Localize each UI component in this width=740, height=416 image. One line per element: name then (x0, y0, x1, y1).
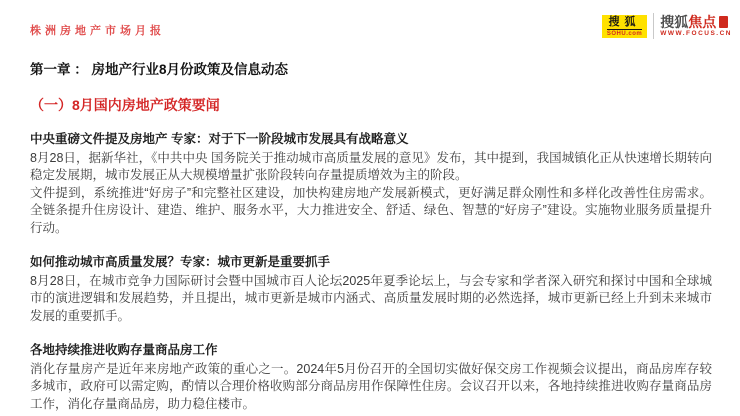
sohu-logo-url: SOHU.com (607, 31, 642, 37)
sohu-logo: 搜狐 SOHU.com (602, 15, 647, 38)
chapter-title: 第一章 ： 房地产行业8月份政策及信息动态 (30, 58, 712, 78)
article-heading: 中央重磅文件提及房地产 专家：对于下一阶段城市发展具有战略意义 (30, 131, 712, 149)
sohu-focus-logo-url: WWW.FOCUS.CN (660, 31, 732, 38)
report-page: 株洲房地产市场月报 搜狐 SOHU.com 搜狐焦点 WWW.FOCUS.CN … (0, 0, 740, 416)
article-paragraph: 文件提到，系统推进“好房子”和完整社区建设，加快构建房地产发展新模式，更好满足群… (30, 185, 712, 238)
article-urban-renewal: 如何推动城市高质量发展？专家：城市更新是重要抓手 8月28日，在城市竞争力国际研… (30, 254, 712, 325)
article-paragraph: 消化存量房产是近年来房地产政策的重心之一。2024年5月份召开的全国切实做好保交… (30, 361, 712, 414)
focus-seal-icon (719, 16, 728, 28)
report-body: 第一章 ： 房地产行业8月份政策及信息动态 （一）8月国内房地产政策要闻 中央重… (0, 58, 740, 413)
article-paragraph: 8月28日，据新华社，《中共中央 国务院关于推动城市高质量发展的意见》发布，其中… (30, 150, 712, 185)
logo-divider (653, 13, 654, 39)
report-title: 株洲房地产市场月报 (30, 22, 165, 38)
sohu-focus-logo-text: 搜狐焦点 (660, 15, 732, 29)
article-paragraph: 8月28日，在城市竞争力国际研讨会暨中国城市百人论坛2025年夏季论坛上，与会专… (30, 273, 712, 326)
article-housing-stock: 各地持续推进收购存量商品房工作 消化存量房产是近年来房地产政策的重心之一。202… (30, 342, 712, 413)
article-heading: 如何推动城市高质量发展？专家：城市更新是重要抓手 (30, 254, 712, 272)
logo-group: 搜狐 SOHU.com 搜狐焦点 WWW.FOCUS.CN (602, 13, 732, 39)
sohu-focus-logo: 搜狐焦点 WWW.FOCUS.CN (660, 15, 732, 38)
sohu-focus-logo-text-suffix: 焦点 (688, 15, 716, 29)
sohu-focus-logo-text-prefix: 搜狐 (660, 15, 688, 29)
section-title: （一）8月国内房地产政策要闻 (30, 95, 712, 115)
article-central-document: 中央重磅文件提及房地产 专家：对于下一阶段城市发展具有战略意义 8月28日，据新… (30, 131, 712, 237)
article-heading: 各地持续推进收购存量商品房工作 (30, 342, 712, 360)
sohu-logo-text: 搜狐 (607, 17, 642, 30)
page-header: 株洲房地产市场月报 搜狐 SOHU.com 搜狐焦点 WWW.FOCUS.CN (0, 0, 740, 52)
